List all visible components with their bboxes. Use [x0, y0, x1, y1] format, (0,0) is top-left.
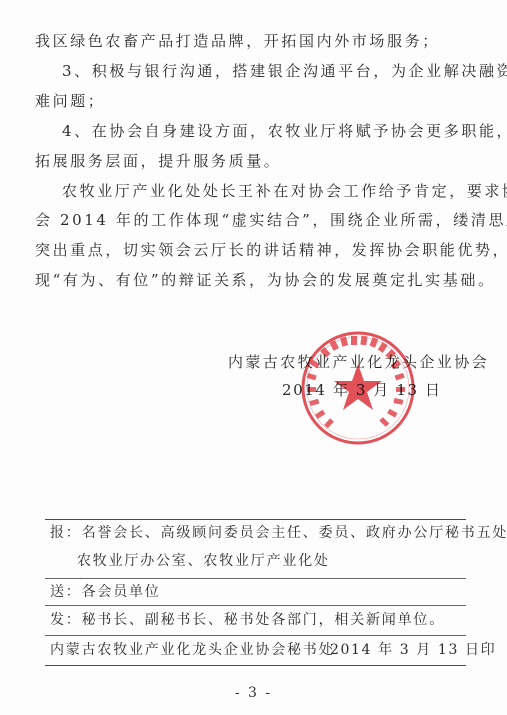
body-line-4: 4、在协会自身建设方面，农牧业厅将赋予协会更多职能， — [62, 121, 507, 141]
document-page: 我区绿色农畜产品打造品牌，开拓国内外市场服务； 3、积极与银行沟通，搭建银企沟通… — [0, 0, 507, 715]
body-line-8: 突出重点，切实领会云厅长的讲话精神，发挥协会职能优势，体 — [35, 240, 507, 260]
body-line-1: 我区绿色农畜产品打造品牌，开拓国内外市场服务； — [35, 31, 440, 51]
issue-to-row: 发：秘书长、副秘书长、秘书处各部门，相关新闻单位。 — [50, 611, 445, 629]
divider-top — [45, 519, 466, 520]
print-date: 2014 年 3 月 13 日印 — [330, 641, 496, 659]
body-line-9: 现“有为、有位”的辩证关系，为协会的发展奠定扎实基础。 — [35, 270, 496, 290]
issue-label: 发： — [50, 612, 82, 628]
body-line-5: 拓展服务层面，提升服务质量。 — [35, 151, 281, 171]
divider-bottom — [45, 665, 466, 666]
send-recipients: 各会员单位 — [82, 584, 161, 600]
body-line-2: 3、积极与银行沟通，搭建银企沟通平台，为企业解决融资 — [62, 61, 507, 81]
issuer-name: 内蒙古农牧业产业化龙头企业协会秘书处 — [50, 641, 334, 659]
star-icon — [334, 364, 382, 410]
official-seal-stamp — [300, 330, 416, 446]
report-recipients-cont: 农牧业厅办公室、农牧业厅产业化处 — [77, 552, 330, 570]
report-to-row: 报：名誉会长、高级顾问委员会主任、委员、政府办公厅秘书五处、 — [50, 524, 507, 542]
report-label: 报： — [50, 525, 82, 541]
send-label: 送： — [50, 584, 82, 600]
issue-recipients: 秘书长、副秘书长、秘书处各部门，相关新闻单位。 — [82, 612, 445, 628]
report-recipients: 名誉会长、高级顾问委员会主任、委员、政府办公厅秘书五处、 — [82, 525, 507, 541]
divider-3 — [45, 605, 466, 606]
divider-2 — [45, 578, 466, 579]
page-number: - 3 - — [0, 685, 507, 701]
body-line-3: 难问题； — [35, 91, 105, 111]
divider-4 — [45, 635, 466, 636]
body-line-7: 会 2014 年的工作体现“虚实结合”，围绕企业所需，缕清思路、 — [35, 210, 507, 230]
body-line-6: 农牧业厅产业化处处长王补在对协会工作给予肯定，要求协 — [62, 181, 507, 201]
send-to-row: 送：各会员单位 — [50, 583, 161, 601]
